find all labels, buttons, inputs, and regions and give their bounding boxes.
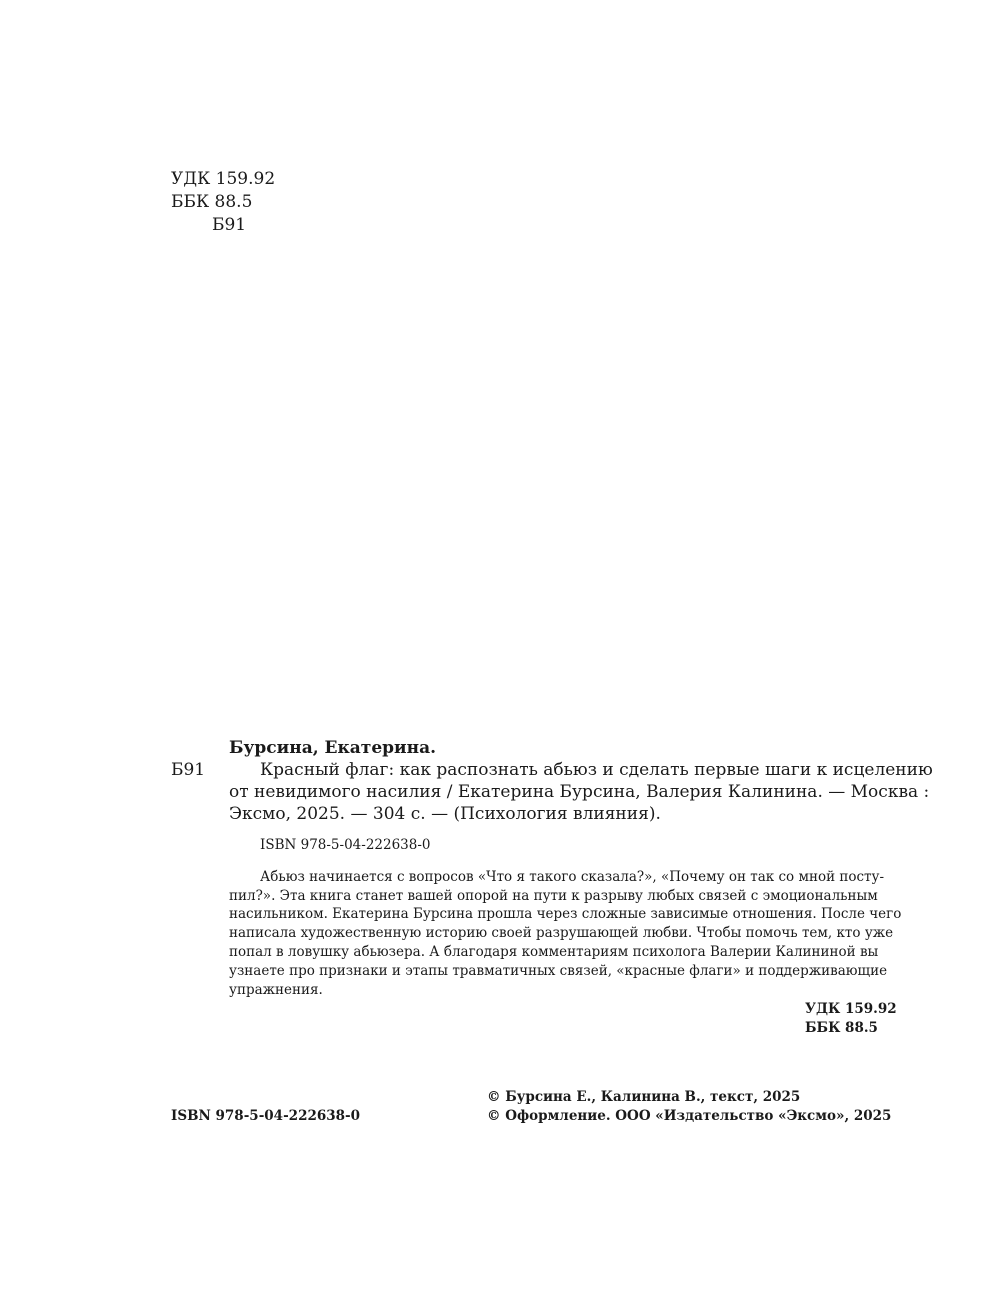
author-heading: Бурсина, Екатерина. (229, 737, 436, 759)
author-mark: Б91 (212, 214, 246, 237)
annotation-line: насильником. Екатерина Бурсина прошла че… (229, 905, 901, 924)
isbn: ISBN 978-5-04-222638-0 (171, 1107, 360, 1126)
bbk-code: ББК 88.5 (805, 1019, 878, 1038)
annotation-line: попал в ловушку абьюзера. А благодаря ко… (229, 943, 878, 962)
annotation-line: Абьюз начинается с вопросов «Что я таког… (260, 868, 884, 887)
author-mark: Б91 (171, 759, 205, 781)
annotation-line: узнаете про признаки и этапы травматичны… (229, 962, 887, 981)
copyright-text: © Бурсина Е., Калинина В., текст, 2025 (487, 1088, 800, 1107)
title-line: от невидимого насилия / Екатерина Бурсин… (229, 781, 929, 803)
title-line: Красный флаг: как распознать абьюз и сде… (260, 759, 933, 781)
annotation-line: упражнения. (229, 981, 323, 1000)
annotation-line: написала художественную историю своей ра… (229, 924, 893, 943)
udk-code: УДК 159.92 (805, 1000, 897, 1019)
isbn: ISBN 978-5-04-222638-0 (260, 836, 431, 855)
annotation-line: пил?». Эта книга станет вашей опорой на … (229, 887, 878, 906)
udk-code: УДК 159.92 (171, 168, 275, 191)
copyright-design: © Оформление. ООО «Издательство «Эксмо»,… (487, 1107, 891, 1126)
bbk-code: ББК 88.5 (171, 191, 252, 214)
title-line: Эксмо, 2025. — 304 с. — (Психология влия… (229, 803, 661, 825)
